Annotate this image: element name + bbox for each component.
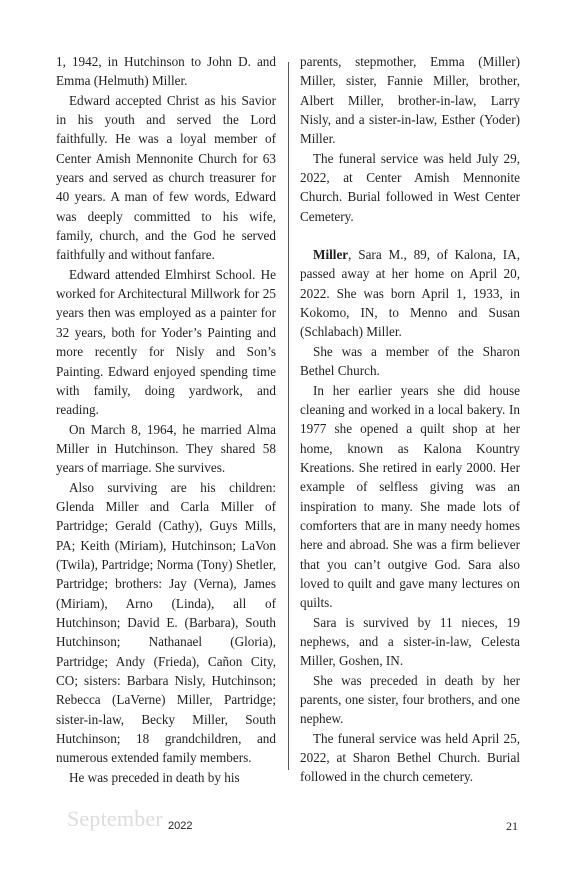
- paragraph: Also surviving are his children: Glenda …: [56, 478, 276, 768]
- left-column: 1, 1942, in Hutchinson to John D. and Em…: [56, 52, 276, 787]
- paragraph: Sara is survived by 11 nieces, 19 nephew…: [300, 613, 520, 671]
- paragraph: Edward accepted Christ as his Savior in …: [56, 91, 276, 265]
- column-divider: [288, 62, 289, 770]
- paragraph: The funeral service was held April 25, 2…: [300, 729, 520, 787]
- paragraph: She was preceded in death by her parents…: [300, 671, 520, 729]
- paragraph: 1, 1942, in Hutchinson to John D. and Em…: [56, 52, 276, 91]
- right-column: parents, stepmother, Emma (Miller) Mille…: [300, 52, 520, 787]
- paragraph: On March 8, 1964, he married Alma Miller…: [56, 420, 276, 478]
- paragraph: parents, stepmother, Emma (Miller) Mille…: [300, 52, 520, 149]
- footer-year: 2022: [168, 820, 192, 832]
- magazine-page: 1, 1942, in Hutchinson to John D. and Em…: [0, 0, 575, 875]
- obituary-lead-paragraph: Miller, Sara M., 89, of Kalona, IA, pass…: [300, 245, 520, 342]
- paragraph: He was preceded in death by his: [56, 768, 276, 787]
- paragraph: In her earlier years she did house clean…: [300, 381, 520, 613]
- paragraph: She was a member of the Sharon Bethel Ch…: [300, 342, 520, 381]
- page-number: 21: [506, 819, 518, 834]
- obituary-surname: Miller: [313, 247, 348, 262]
- paragraph: Edward attended Elmhirst School. He work…: [56, 265, 276, 420]
- paragraph: The funeral service was held July 29, 20…: [300, 149, 520, 226]
- footer-month: September: [67, 806, 163, 832]
